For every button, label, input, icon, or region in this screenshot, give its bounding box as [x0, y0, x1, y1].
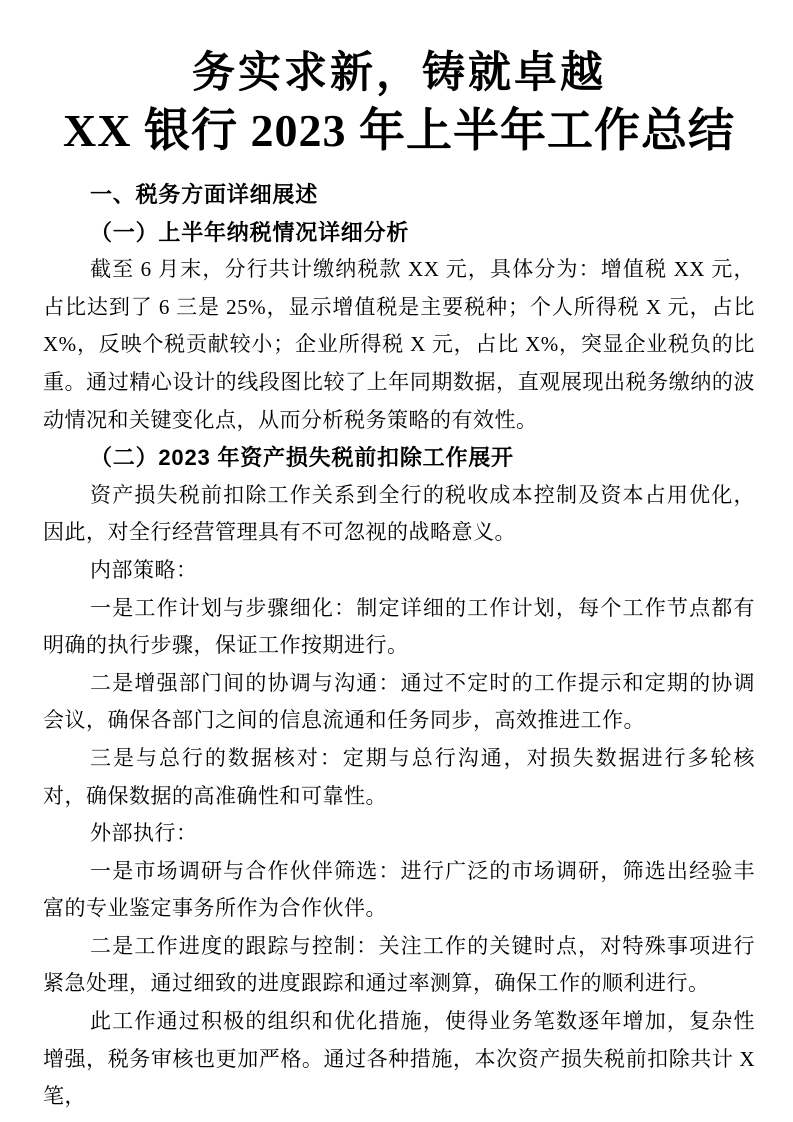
paragraph-internal-strategy-2: 二是增强部门间的协调与沟通：通过不定时的工作提示和定期的协调会议，确保各部门之间…: [43, 665, 755, 740]
document-body: 一、税务方面详细展述 （一）上半年纳税情况详细分析 截至 6 月末，分行共计缴纳…: [43, 176, 755, 1116]
paragraph-internal-strategy-3: 三是与总行的数据核对：定期与总行沟通，对损失数据进行多轮核对，确保数据的高准确性…: [43, 740, 755, 815]
paragraph-external-execution-label: 外部执行：: [43, 815, 755, 853]
paragraph-tax-payment-details: 截至 6 月末，分行共计缴纳税款 XX 元，具体分为：增值税 XX 元，占比达到…: [43, 251, 755, 439]
subheading-asset-loss-deduction: （二）2023 年资产损失税前扣除工作展开: [43, 439, 755, 477]
paragraph-asset-loss-significance: 资产损失税前扣除工作关系到全行的税收成本控制及资本占用优化，因此，对全行经营管理…: [43, 477, 755, 552]
paragraph-work-summary: 此工作通过积极的组织和优化措施，使得业务笔数逐年增加，复杂性增强，税务审核也更加…: [43, 1003, 755, 1116]
paragraph-internal-strategy-label: 内部策略：: [43, 552, 755, 590]
heading-tax-section: 一、税务方面详细展述: [43, 176, 755, 214]
doc-title-line1: 务实求新，铸就卓越: [43, 46, 755, 102]
paragraph-external-execution-2: 二是工作进度的跟踪与控制：关注工作的关键时点，对特殊事项进行紧急处理，通过细致的…: [43, 928, 755, 1003]
doc-title-line2: XX 银行 2023 年上半年工作总结: [43, 102, 755, 160]
paragraph-internal-strategy-1: 一是工作计划与步骤细化：制定详细的工作计划，每个工作节点都有明确的执行步骤，保证…: [43, 590, 755, 665]
paragraph-external-execution-1: 一是市场调研与合作伙伴筛选：进行广泛的市场调研，筛选出经验丰富的专业鉴定事务所作…: [43, 853, 755, 928]
subheading-tax-payment-analysis: （一）上半年纳税情况详细分析: [43, 214, 755, 252]
document-page: 务实求新，铸就卓越 XX 银行 2023 年上半年工作总结 一、税务方面详细展述…: [0, 0, 793, 1122]
